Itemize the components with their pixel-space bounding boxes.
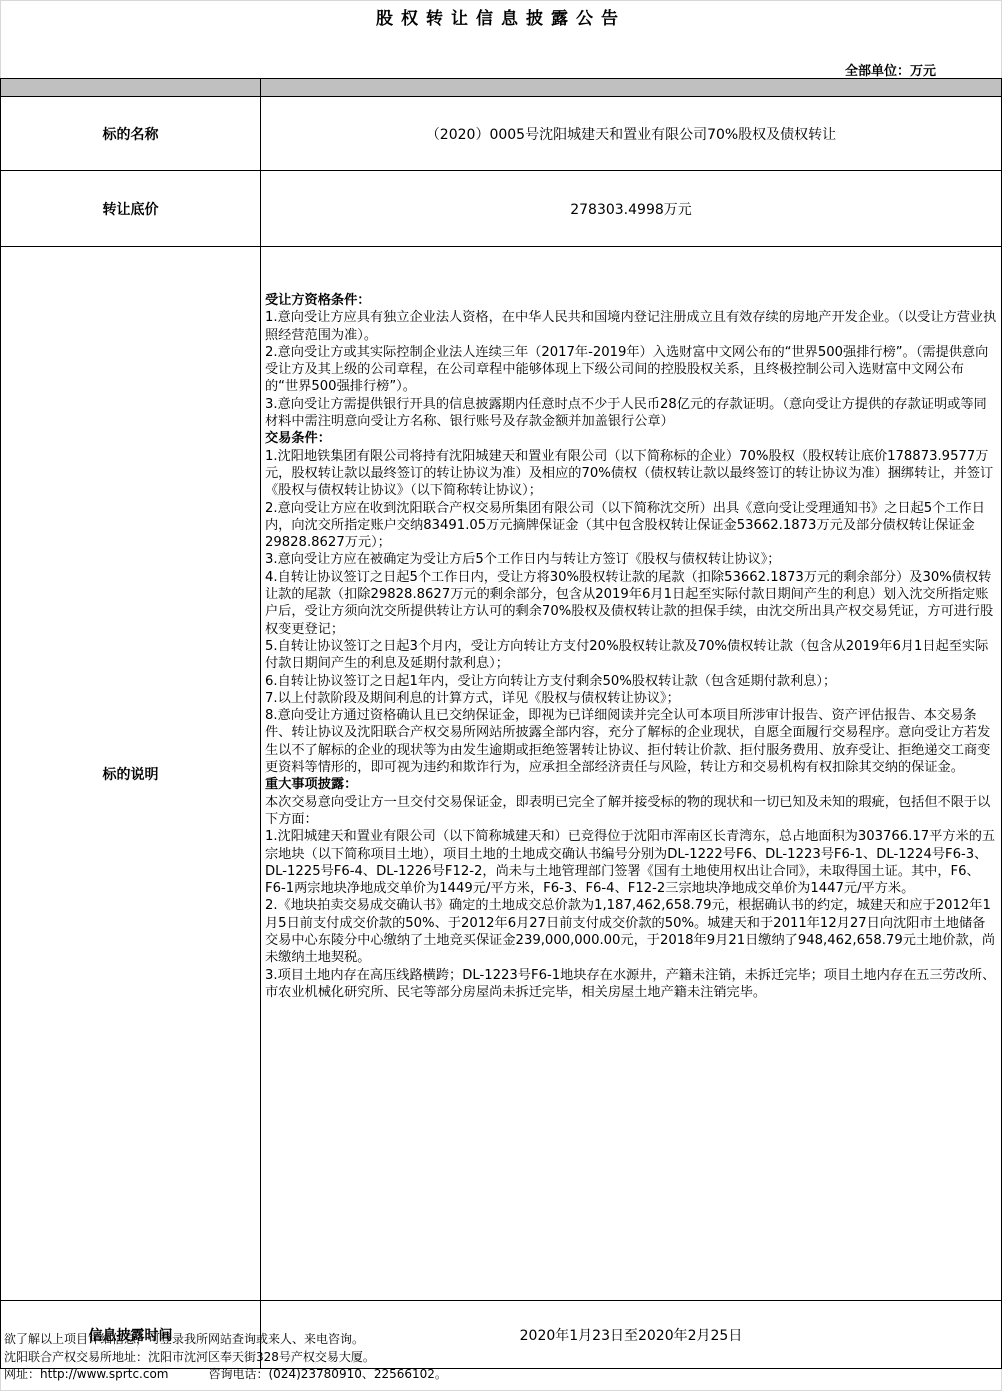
paragraph: 6.自转让协议签订之日起1年内，受让方向转让方支付剩余50%股权转让款（包含延期…: [265, 673, 997, 690]
table-row-description: 标的说明 受让方资格条件： 1.意向受让方应具有独立企业法人资格，在中华人民共和…: [1, 247, 1002, 1301]
table-row-name: 标的名称 （2020）0005号沈阳城建天和置业有限公司70%股权及债权转让: [1, 97, 1002, 171]
table-header-row: [1, 79, 1002, 97]
table-row-price: 转让底价 278303.4998万元: [1, 171, 1002, 247]
paragraph: 2.意向受让方或其实际控制企业法人连续三年（2017年-2019年）入选财富中文…: [265, 344, 997, 396]
row-label: 标的说明: [1, 247, 261, 1301]
header-cell-left: [1, 79, 261, 97]
header-cell-right: [261, 79, 1002, 97]
section-heading: 受让方资格条件：: [265, 292, 997, 309]
paragraph: 1.沈阳城建天和置业有限公司（以下简称城建天和）已竞得位于沈阳市浑南区长青湾东，…: [265, 828, 997, 897]
footer-line-address: 沈阳联合产权交易所地址：沈阳市沈河区奉天街328号产权交易大厦。: [4, 1349, 447, 1367]
row-label: 标的名称: [1, 97, 261, 171]
website-label: 网址：: [4, 1367, 40, 1381]
website-link[interactable]: http://www.sprtc.com: [40, 1367, 168, 1381]
phone-label: 咨询电话：: [208, 1367, 268, 1381]
reserve-price-value: 278303.4998万元: [261, 171, 1002, 247]
footer-line-inquiry: 欲了解以上项目详细信息，可登录我所网站查询或来人、来电咨询。: [4, 1331, 447, 1349]
paragraph: 8.意向受让方通过资格确认且已交纳保证金，即视为已详细阅读并完全认可本项目所涉审…: [265, 707, 997, 776]
paragraph: 本次交易意向受让方一旦交付交易保证金，即表明已完全了解并接受标的物的现状和一切已…: [265, 794, 997, 829]
section-heading: 交易条件：: [265, 430, 997, 447]
disclosure-table: 标的名称 （2020）0005号沈阳城建天和置业有限公司70%股权及债权转让 转…: [0, 78, 1002, 1369]
paragraph: 7.以上付款阶段及期间利息的计算方式，详见《股权与债权转让协议》；: [265, 690, 997, 707]
footer-line-contact: 网址：http://www.sprtc.com咨询电话：(024)2378091…: [4, 1366, 447, 1384]
paragraph: 3.意向受让方需提供银行开具的信息披露期内任意时点不少于人民币28亿元的存款证明…: [265, 396, 997, 431]
paragraph: 4.自转让协议签订之日起5个工作日内，受让方将30%股权转让款的尾款（扣除536…: [265, 569, 997, 638]
paragraph: 5.自转让协议签订之日起3个月内，受让方向转让方支付20%股权转让款及70%债权…: [265, 638, 997, 673]
description-cell: 受让方资格条件： 1.意向受让方应具有独立企业法人资格，在中华人民共和国境内登记…: [261, 247, 1002, 1301]
paragraph: 3.项目土地内存在高压线路横跨；DL-1223号F6-1地块存在水源井，产籍未注…: [265, 967, 997, 1002]
paragraph: 1.意向受让方应具有独立企业法人资格，在中华人民共和国境内登记注册成立且有效存续…: [265, 309, 997, 344]
target-name-value: （2020）0005号沈阳城建天和置业有限公司70%股权及债权转让: [261, 97, 1002, 171]
unit-note: 全部单位：万元: [845, 60, 936, 79]
page-title: 股权转让信息披露公告: [0, 4, 1002, 29]
footer-notes: 欲了解以上项目详细信息，可登录我所网站查询或来人、来电咨询。 沈阳联合产权交易所…: [4, 1331, 447, 1384]
paragraph: 2.意向受让方应在收到沈阳联合产权交易所集团有限公司（以下简称沈交所）出具《意向…: [265, 500, 997, 552]
paragraph: 1.沈阳地铁集团有限公司将持有沈阳城建天和置业有限公司（以下简称标的企业）70%…: [265, 448, 997, 500]
paragraph: 2.《地块拍卖交易成交确认书》确定的土地成交总价款为1,187,462,658.…: [265, 897, 997, 966]
phone-number: (024)23780910、22566102。: [269, 1367, 447, 1381]
section-heading: 重大事项披露：: [265, 776, 997, 793]
paragraph: 3.意向受让方应在被确定为受让方后5个工作日内与转让方签订《股权与债权转让协议》…: [265, 551, 997, 568]
row-label: 转让底价: [1, 171, 261, 247]
